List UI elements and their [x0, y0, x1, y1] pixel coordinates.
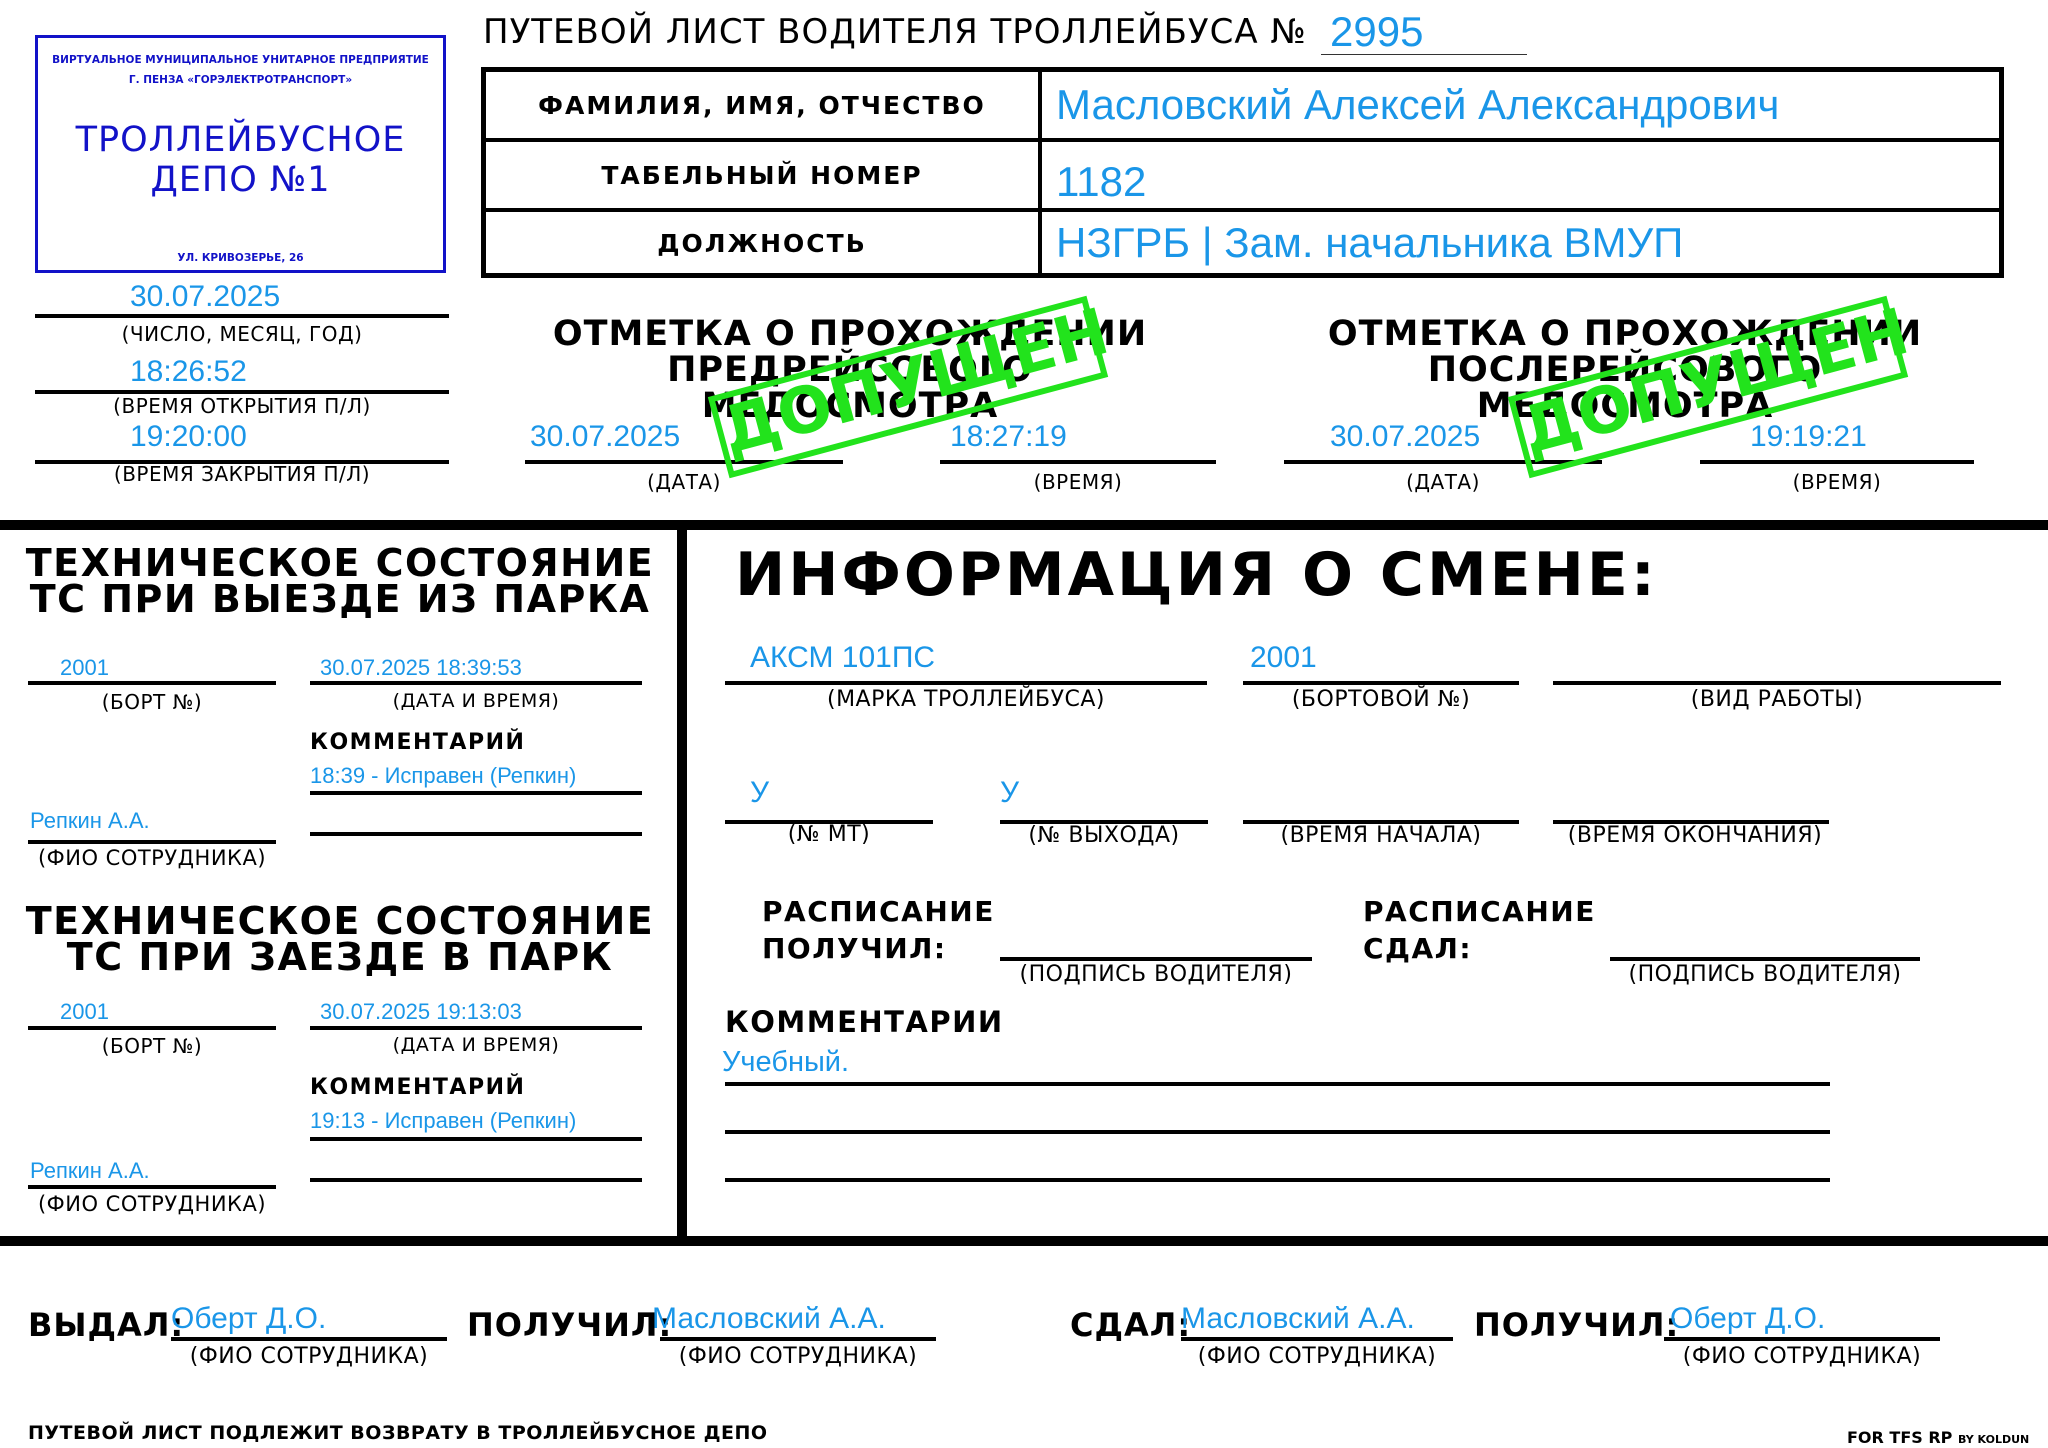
post-medical-date[interactable]: 30.07.2025 — [1330, 420, 1480, 454]
issued-caption: (ФИО СОТРУДНИКА) — [171, 1344, 447, 1369]
section-divider-bottom — [0, 1236, 2048, 1246]
shift-comment-line-2 — [725, 1130, 1830, 1134]
shift-info-title: ИНФОРМАЦИЯ О СМЕНЕ: — [735, 540, 1658, 610]
issued-line — [171, 1337, 447, 1341]
post-medical-date-caption: (ДАТА) — [1284, 470, 1602, 494]
pre-medical-date[interactable]: 30.07.2025 — [530, 420, 680, 454]
trolleybus-model-line — [725, 681, 1207, 685]
returned-line — [1181, 1337, 1453, 1341]
page-title: ПУТЕВОЙ ЛИСТ ВОДИТЕЛЯ ТРОЛЛЕЙБУСА № — [483, 12, 1307, 52]
exit-number-caption: (№ ВЫХОДА) — [990, 823, 1218, 848]
issued-label: ВЫДАЛ: — [28, 1306, 184, 1344]
org-line-1: ВИРТУАЛЬНОЕ МУНИЦИПАЛЬНОЕ УНИТАРНОЕ ПРЕД… — [38, 50, 443, 70]
open-time-caption: (ВРЕМЯ ОТКРЫТИЯ П/Л) — [35, 394, 449, 418]
schedule-received-signature-line[interactable] — [1000, 957, 1312, 961]
shift-comments-label: КОММЕНТАРИИ — [725, 1005, 1004, 1039]
tech-out-datetime[interactable]: 30.07.2025 18:39:53 — [320, 655, 522, 681]
route-number-caption: (№ МТ) — [725, 822, 933, 847]
credit-author: BY KOLDUN — [1958, 1433, 2029, 1446]
table-row: ТАБЕЛЬНЫЙ НОМЕР 1182 — [486, 142, 1999, 212]
tech-out-title-line-2: ТС ПРИ ВЫЕЗДЕ ИЗ ПАРКА — [10, 581, 670, 617]
tech-out-title-line-1: ТЕХНИЧЕСКОЕ СОСТОЯНИЕ — [10, 545, 670, 581]
schedule-received-signature-caption: (ПОДПИСЬ ВОДИТЕЛЯ) — [995, 962, 1317, 987]
tech-in-employee[interactable]: Репкин А.А. — [30, 1158, 150, 1184]
tech-out-board[interactable]: 2001 — [60, 655, 109, 681]
tech-in-comment-line-2 — [310, 1178, 642, 1182]
personnel-number-label: ТАБЕЛЬНЫЙ НОМЕР — [486, 142, 1042, 208]
post-medical-time-caption: (ВРЕМЯ) — [1700, 470, 1974, 494]
org-name: ВИРТУАЛЬНОЕ МУНИЦИПАЛЬНОЕ УНИТАРНОЕ ПРЕД… — [38, 50, 443, 90]
tech-out-employee-caption: (ФИО СОТРУДНИКА) — [28, 846, 276, 870]
tech-in-comment-line-1 — [310, 1137, 642, 1141]
tech-in-board[interactable]: 2001 — [60, 999, 109, 1025]
schedule-received-line-2: ПОЛУЧИЛ: — [762, 930, 995, 967]
close-time-caption: (ВРЕМЯ ЗАКРЫТИЯ П/Л) — [35, 462, 449, 486]
section-divider-vertical — [677, 520, 687, 1240]
tech-in-comment-label: КОММЕНТАРИЙ — [310, 1075, 525, 1100]
position-value[interactable]: НЗГРБ | Зам. начальника ВМУП — [1056, 212, 1683, 274]
tech-in-title-line-1: ТЕХНИЧЕСКОЕ СОСТОЯНИЕ — [10, 903, 670, 939]
received-name[interactable]: Масловский А.А. — [652, 1302, 886, 1336]
schedule-returned-signature-line[interactable] — [1610, 957, 1920, 961]
shift-comment-line-1 — [725, 1082, 1830, 1086]
issued-name[interactable]: Оберт Д.О. — [171, 1302, 326, 1336]
received-caption: (ФИО СОТРУДНИКА) — [660, 1344, 936, 1369]
tech-in-board-line — [28, 1026, 276, 1030]
tech-out-comment[interactable]: 18:39 - Исправен (Репкин) — [310, 763, 576, 789]
pre-medical-time[interactable]: 18:27:19 — [950, 420, 1067, 454]
start-time-caption: (ВРЕМЯ НАЧАЛА) — [1243, 823, 1519, 848]
tech-out-comment-label: КОММЕНТАРИЙ — [310, 730, 525, 755]
tech-out-employee[interactable]: Репкин А.А. — [30, 808, 150, 834]
table-row: ДОЛЖНОСТЬ НЗГРБ | Зам. начальника ВМУП — [486, 212, 1999, 274]
tech-out-datetime-caption: (ДАТА И ВРЕМЯ) — [310, 690, 642, 712]
depot-logo-box: ВИРТУАЛЬНОЕ МУНИЦИПАЛЬНОЕ УНИТАРНОЕ ПРЕД… — [35, 35, 446, 273]
tech-in-comment[interactable]: 19:13 - Исправен (Репкин) — [310, 1108, 576, 1134]
open-time[interactable]: 18:26:52 — [130, 355, 247, 389]
received-line — [660, 1337, 936, 1341]
table-row: ФАМИЛИЯ, ИМЯ, ОТЧЕСТВО Масловский Алексе… — [486, 72, 1999, 142]
depot-line-1: ТРОЛЛЕЙБУСНОЕ — [38, 120, 443, 160]
tech-out-title: ТЕХНИЧЕСКОЕ СОСТОЯНИЕ ТС ПРИ ВЫЕЗДЕ ИЗ П… — [10, 545, 670, 617]
tech-in-title: ТЕХНИЧЕСКОЕ СОСТОЯНИЕ ТС ПРИ ЗАЕЗДЕ В ПА… — [10, 903, 670, 975]
tech-in-datetime[interactable]: 30.07.2025 19:13:03 — [320, 999, 522, 1025]
sheet-date-caption: (ЧИСЛО, МЕСЯЦ, ГОД) — [35, 322, 449, 346]
accepted-label: ПОЛУЧИЛ: — [1474, 1306, 1679, 1344]
schedule-received-label: РАСПИСАНИЕ ПОЛУЧИЛ: — [762, 893, 995, 967]
returned-caption: (ФИО СОТРУДНИКА) — [1181, 1344, 1453, 1369]
sheet-date[interactable]: 30.07.2025 — [130, 280, 280, 314]
sheet-date-line — [35, 314, 449, 318]
credit: FOR TFS RP BY KOLDUN — [1847, 1428, 2029, 1447]
work-type-line — [1553, 681, 2001, 685]
returned-name[interactable]: Масловский А.А. — [1181, 1302, 1415, 1336]
section-divider-top — [0, 520, 2048, 530]
tech-in-title-line-2: ТС ПРИ ЗАЕЗДЕ В ПАРК — [10, 939, 670, 975]
trolleybus-model[interactable]: АКСМ 101ПС — [750, 641, 935, 675]
tech-in-datetime-caption: (ДАТА И ВРЕМЯ) — [310, 1034, 642, 1056]
fio-value[interactable]: Масловский Алексей Александрович — [1056, 72, 1779, 138]
tech-in-datetime-line — [310, 1026, 642, 1030]
schedule-returned-signature-caption: (ПОДПИСЬ ВОДИТЕЛЯ) — [1605, 962, 1925, 987]
tech-in-employee-line — [28, 1185, 276, 1189]
trolleybus-model-caption: (МАРКА ТРОЛЛЕЙБУСА) — [725, 687, 1207, 712]
tech-out-datetime-line — [310, 681, 642, 685]
accepted-caption: (ФИО СОТРУДНИКА) — [1664, 1344, 1940, 1369]
sheet-number[interactable]: 2995 — [1330, 8, 1423, 56]
schedule-returned-label: РАСПИСАНИЕ СДАЛ: — [1363, 893, 1596, 967]
shift-board-number-line — [1243, 681, 1519, 685]
org-line-2: Г. ПЕНЗА «ГОРЭЛЕКТРОТРАНСПОРТ» — [38, 70, 443, 90]
shift-board-number-caption: (БОРТОВОЙ №) — [1243, 687, 1519, 712]
accepted-name[interactable]: Оберт Д.О. — [1670, 1302, 1825, 1336]
pre-medical-time-line — [940, 460, 1216, 464]
schedule-returned-line-2: СДАЛ: — [1363, 930, 1596, 967]
tech-out-comment-line-1 — [310, 791, 642, 795]
credit-main: FOR TFS RP — [1847, 1428, 1952, 1447]
tech-out-comment-line-2 — [310, 832, 642, 836]
personnel-number-value[interactable]: 1182 — [1056, 142, 1146, 208]
tech-out-employee-line — [28, 840, 276, 844]
end-time-caption: (ВРЕМЯ ОКОНЧАНИЯ) — [1540, 823, 1850, 848]
sheet-number-underline — [1321, 54, 1527, 55]
position-label: ДОЛЖНОСТЬ — [486, 212, 1042, 274]
returned-label: СДАЛ: — [1070, 1306, 1191, 1344]
close-time[interactable]: 19:20:00 — [130, 420, 247, 454]
tech-out-board-caption: (БОРТ №) — [28, 690, 276, 714]
driver-info-table: ФАМИЛИЯ, ИМЯ, ОТЧЕСТВО Масловский Алексе… — [481, 67, 2004, 278]
pre-medical-date-caption: (ДАТА) — [525, 470, 843, 494]
received-label: ПОЛУЧИЛ: — [467, 1306, 672, 1344]
shift-board-number[interactable]: 2001 — [1250, 641, 1317, 675]
schedule-received-line-1: РАСПИСАНИЕ — [762, 893, 995, 930]
pre-medical-time-caption: (ВРЕМЯ) — [940, 470, 1216, 494]
post-medical-time-line — [1700, 460, 1974, 464]
schedule-returned-line-1: РАСПИСАНИЕ — [1363, 893, 1596, 930]
accepted-line — [1664, 1337, 1940, 1341]
shift-comment-line-1-text[interactable]: Учебный. — [722, 1046, 849, 1079]
tech-in-employee-caption: (ФИО СОТРУДНИКА) — [28, 1192, 276, 1216]
depot-line-2: ДЕПО №1 — [38, 160, 443, 200]
route-number[interactable]: У — [750, 776, 769, 810]
depot-address: УЛ. КРИВОЗЕРЬЕ, 26 — [38, 252, 443, 264]
tech-in-board-caption: (БОРТ №) — [28, 1034, 276, 1058]
post-medical-time[interactable]: 19:19:21 — [1750, 420, 1867, 454]
work-type-caption: (ВИД РАБОТЫ) — [1553, 687, 2001, 712]
shift-comment-line-3 — [725, 1178, 1830, 1182]
fio-label: ФАМИЛИЯ, ИМЯ, ОТЧЕСТВО — [486, 72, 1042, 138]
tech-out-board-line — [28, 681, 276, 685]
return-notice: ПУТЕВОЙ ЛИСТ ПОДЛЕЖИТ ВОЗВРАТУ В ТРОЛЛЕЙ… — [28, 1422, 768, 1444]
exit-number[interactable]: У — [1000, 776, 1019, 810]
title-text: ПУТЕВОЙ ЛИСТ ВОДИТЕЛЯ ТРОЛЛЕЙБУСА № — [483, 12, 1307, 52]
depot-name: ТРОЛЛЕЙБУСНОЕ ДЕПО №1 — [38, 120, 443, 200]
